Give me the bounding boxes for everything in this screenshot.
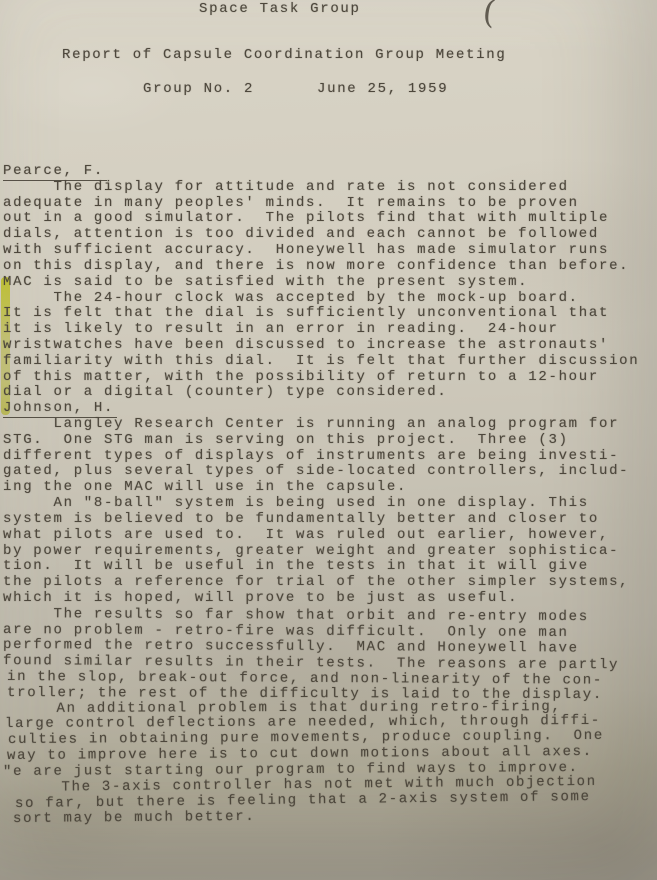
text-line: An "8-ball" system is being used in one … xyxy=(3,496,657,512)
text-line: the pilots a reference for trial of the … xyxy=(3,575,657,591)
text-line: tion. It will be useful in the tests in … xyxy=(3,559,657,575)
text-line: it is likely to result in an error in re… xyxy=(3,322,657,338)
text-line: on this display, and there is now more c… xyxy=(3,259,657,275)
text-line: dial or a digital (counter) type conside… xyxy=(3,385,657,401)
text-line: dials, attention is too divided and each… xyxy=(3,227,657,243)
text-line: by power requirements, greater weight an… xyxy=(3,544,657,560)
text-line: Langley Research Center is running an an… xyxy=(3,417,657,433)
document-group-number: Group No. 2 xyxy=(143,81,254,97)
text-line: MAC is said to be satisfied with the pre… xyxy=(3,275,657,291)
text-line: of this matter, with the possibility of … xyxy=(3,370,657,386)
section-heading-line: Johnson, H. xyxy=(3,401,657,417)
document-title: Report of Capsule Coordination Group Mee… xyxy=(62,47,506,63)
text-line: with sufficient accuracy. Honeywell has … xyxy=(3,243,657,259)
document-organization: Space Task Group xyxy=(199,1,361,17)
text-line: The 24-hour clock was accepted by the mo… xyxy=(3,291,657,307)
text-line: STG. One STG man is serving on this proj… xyxy=(3,433,657,449)
scanned-document-page: ( Space Task Group Report of Capsule Coo… xyxy=(0,0,657,880)
text-line: out in a good simulator. The pilots find… xyxy=(3,211,657,227)
section-heading-line: Pearce, F. xyxy=(3,164,657,180)
text-line: The display for attitude and rate is not… xyxy=(3,180,657,196)
text-line: gated, plus several types of side-locate… xyxy=(3,464,657,480)
document-body: Pearce, F. The display for attitude and … xyxy=(3,164,657,828)
text-line: which it is hoped, will prove to be just… xyxy=(3,591,657,607)
text-line: wristwatches have been discussed to incr… xyxy=(3,338,657,354)
text-line: It is felt that the dial is sufficiently… xyxy=(3,306,657,322)
text-line: ing the one MAC will use in the capsule. xyxy=(3,480,657,496)
text-line: what pilots are used to. It was ruled ou… xyxy=(3,528,657,544)
document-date: June 25, 1959 xyxy=(317,81,448,97)
text-line: familiarity with this dial. It is felt t… xyxy=(3,354,657,370)
text-line: system is believed to be fundamentally b… xyxy=(3,512,657,528)
handwritten-paren-mark: ( xyxy=(481,0,498,32)
text-line: sort may be much better. xyxy=(13,807,657,828)
